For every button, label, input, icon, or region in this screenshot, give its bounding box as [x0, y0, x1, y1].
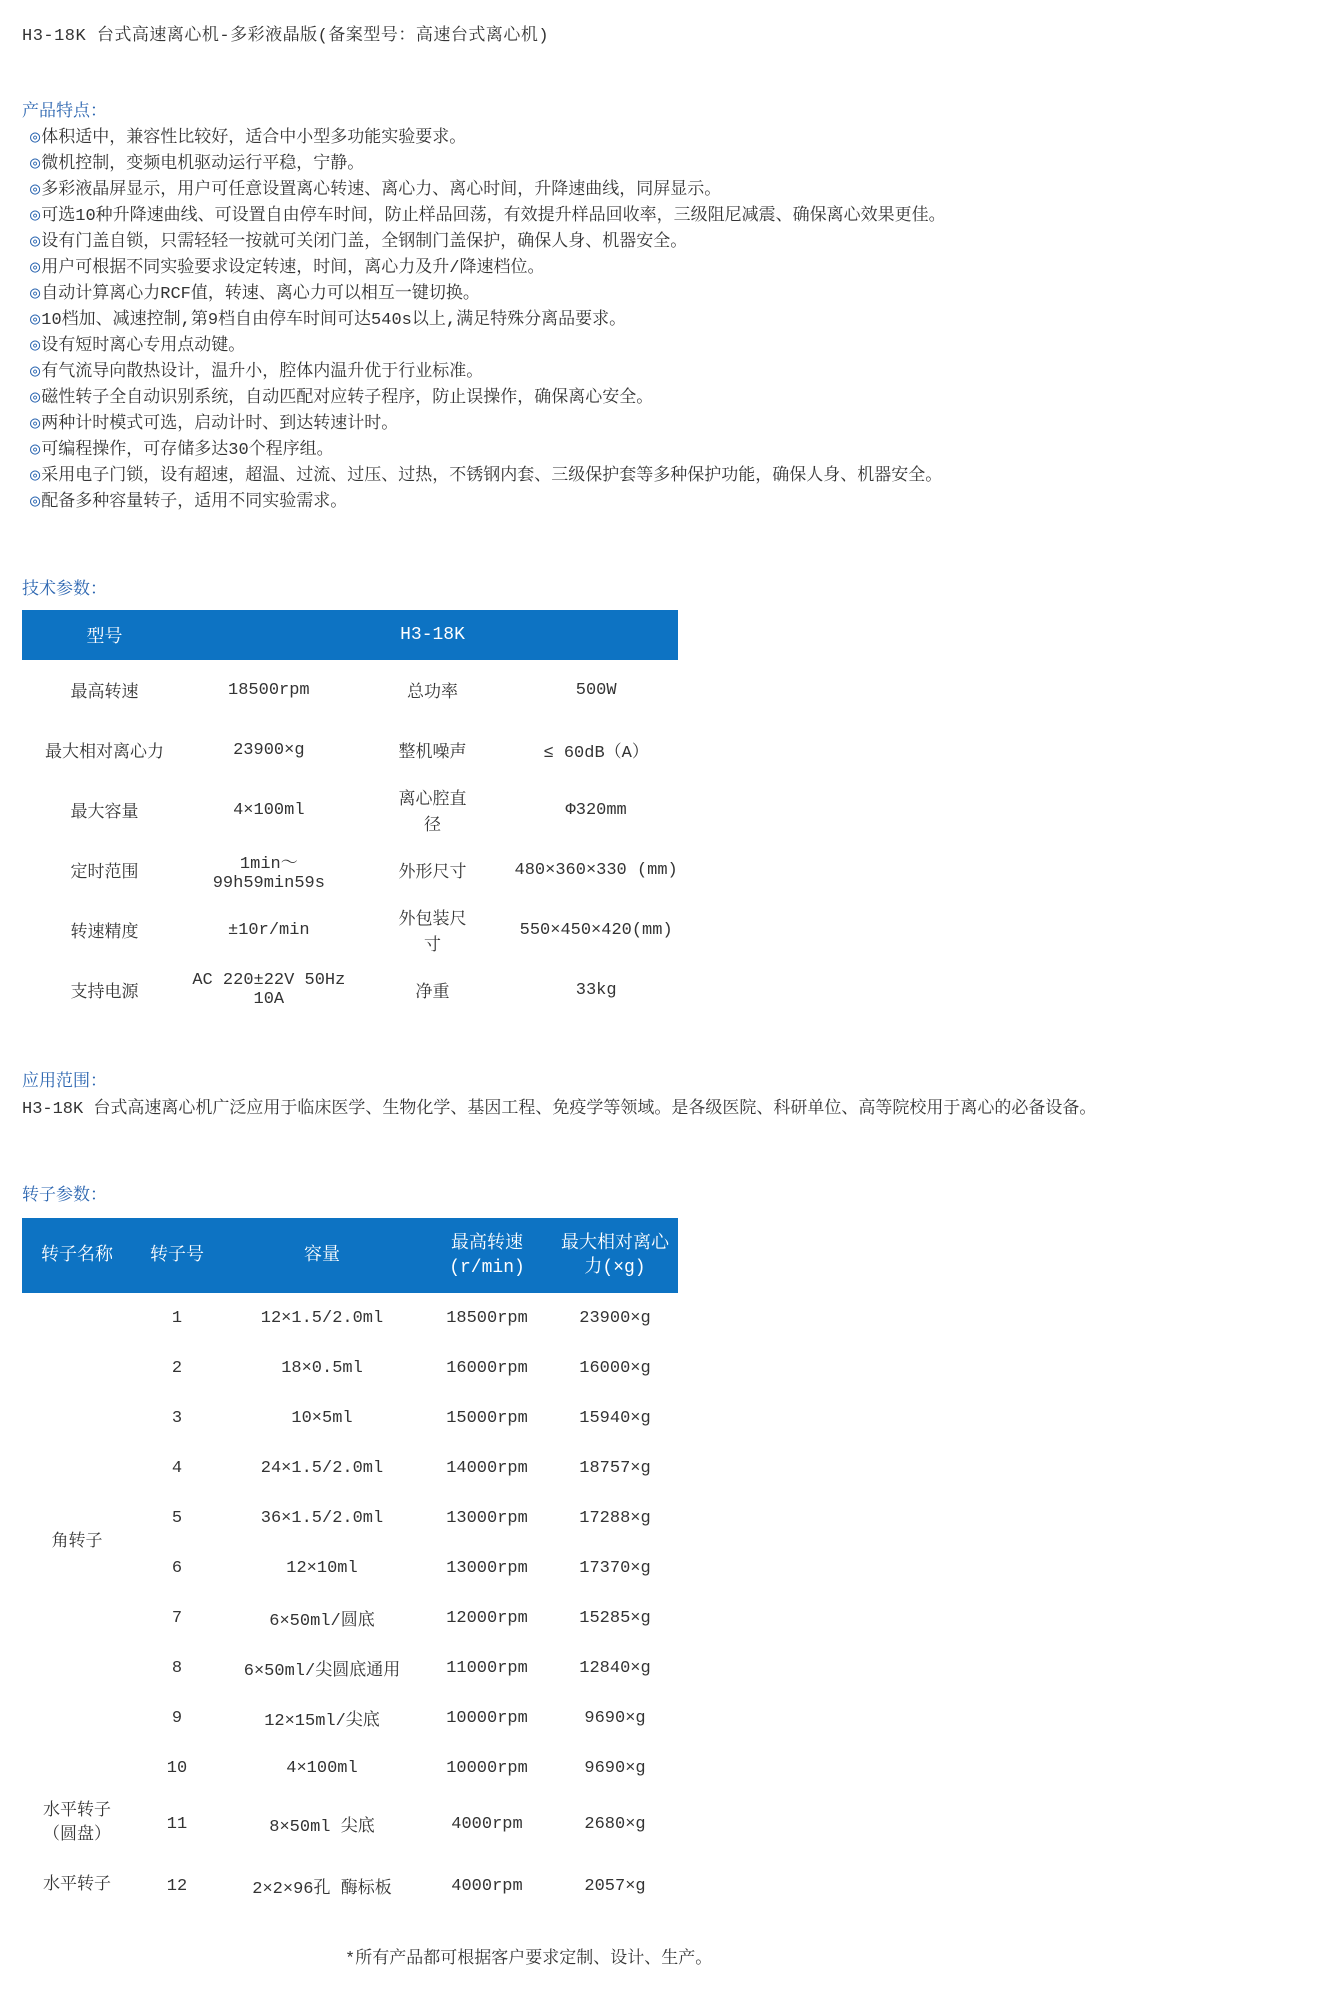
- rotor-specs-table: 转子名称 转子号 容量 最高转速 (r/min) 最大相对离心 力(×g) 角转…: [22, 1218, 678, 1917]
- feature-text: 设有门盖自锁，只需轻轻一按就可关闭门盖，全钢制门盖保护，确保人身、机器安全。: [41, 233, 687, 252]
- tech-table-header-row: 型号 H3-18K: [22, 610, 678, 660]
- spec-value: 480×360×330 (mm): [514, 840, 678, 900]
- rotor-number: 7: [132, 1593, 222, 1643]
- spec-value: ≤ 60dB（A）: [514, 720, 678, 780]
- rotor-group-name: 角转子: [22, 1293, 132, 1793]
- spec-label: 转速精度: [22, 900, 187, 960]
- rotor-max-speed: 4000rpm: [422, 1855, 552, 1917]
- rotor-capacity: 12×10ml: [222, 1543, 422, 1593]
- bullet-icon: ◎: [30, 155, 40, 174]
- feature-item: ◎采用电子门锁，设有超速，超温、过流、过压、过热，不锈钢内套、三级保护套等多种保…: [30, 464, 1320, 490]
- spec-value: Φ320mm: [514, 780, 678, 840]
- feature-text: 可编程操作，可存储多达30个程序组。: [41, 441, 333, 460]
- feature-text: 可选10种升降速曲线、可设置自由停车时间，防止样品回荡，有效提升样品回收率，三级…: [41, 207, 945, 226]
- feature-item: ◎可编程操作，可存储多达30个程序组。: [30, 438, 1320, 464]
- rotor-max-rcf: 17288×g: [552, 1493, 678, 1543]
- rotor-capacity: 4×100ml: [222, 1743, 422, 1793]
- table-row: 转速精度 ±10r/min 外包装尺 寸 550×450×420(mm): [22, 900, 678, 960]
- spec-label: 总功率: [351, 660, 515, 720]
- column-header: 最高转速 (r/min): [422, 1218, 552, 1293]
- rotor-number: 5: [132, 1493, 222, 1543]
- feature-item: ◎10档加、减速控制,第9档自由停车时间可达540s以上,满足特殊分离品要求。: [30, 308, 1320, 334]
- spec-value: 500W: [514, 660, 678, 720]
- bullet-icon: ◎: [30, 493, 40, 512]
- bullet-icon: ◎: [30, 363, 40, 382]
- application-text: H3-18K 台式高速离心机广泛应用于临床医学、生物化学、基因工程、免疫学等领域…: [22, 1096, 1320, 1124]
- spec-value: ±10r/min: [187, 900, 351, 960]
- features-heading: 产品特点：: [22, 96, 1320, 122]
- rotor-capacity: 10×5ml: [222, 1393, 422, 1443]
- spec-value: AC 220±22V 50Hz 10A: [187, 960, 351, 1020]
- rotor-max-speed: 4000rpm: [422, 1793, 552, 1855]
- model-value: H3-18K: [187, 610, 678, 660]
- footnote: *所有产品都可根据客户要求定制、设计、生产。: [345, 1943, 1320, 1969]
- rotor-number: 11: [132, 1793, 222, 1855]
- bullet-icon: ◎: [30, 207, 40, 226]
- rotor-max-rcf: 15940×g: [552, 1393, 678, 1443]
- bullet-icon: ◎: [30, 311, 40, 330]
- spec-label: 净重: [351, 960, 515, 1020]
- table-row: 最高转速 18500rpm 总功率 500W: [22, 660, 678, 720]
- spec-value: 18500rpm: [187, 660, 351, 720]
- feature-item: ◎自动计算离心力RCF值，转速、离心力可以相互一键切换。: [30, 282, 1320, 308]
- bullet-icon: ◎: [30, 233, 40, 252]
- feature-text: 设有短时离心专用点动键。: [41, 337, 245, 356]
- table-row: 角转子 1 12×1.5/2.0ml 18500rpm 23900×g: [22, 1293, 678, 1343]
- spec-label: 最大相对离心力: [22, 720, 187, 780]
- rotor-max-speed: 10000rpm: [422, 1743, 552, 1793]
- rotor-capacity: 18×0.5ml: [222, 1343, 422, 1393]
- rotor-number: 12: [132, 1855, 222, 1917]
- rotor-group-name: 水平转子: [22, 1855, 132, 1917]
- spec-value: 1min～99h59min59s: [187, 840, 351, 900]
- rotor-max-speed: 18500rpm: [422, 1293, 552, 1343]
- rotor-max-rcf: 9690×g: [552, 1743, 678, 1793]
- feature-text: 磁性转子全自动识别系统，自动匹配对应转子程序，防止误操作，确保离心安全。: [41, 389, 653, 408]
- spec-label: 定时范围: [22, 840, 187, 900]
- table-row: 水平转子 12 2×2×96孔 酶标板 4000rpm 2057×g: [22, 1855, 678, 1917]
- feature-text: 采用电子门锁，设有超速，超温、过流、过压、过热，不锈钢内套、三级保护套等多种保护…: [41, 467, 942, 486]
- feature-text: 用户可根据不同实验要求设定转速，时间，离心力及升/降速档位。: [41, 259, 544, 278]
- rotor-max-rcf: 15285×g: [552, 1593, 678, 1643]
- bullet-icon: ◎: [30, 389, 40, 408]
- feature-text: 有气流导向散热设计，温升小，腔体内温升优于行业标准。: [41, 363, 483, 382]
- tech-specs-heading: 技术参数：: [22, 574, 1320, 600]
- spec-label: 整机噪声: [351, 720, 515, 780]
- feature-text: 体积适中，兼容性比较好，适合中小型多功能实验要求。: [41, 129, 466, 148]
- feature-item: ◎磁性转子全自动识别系统，自动匹配对应转子程序，防止误操作，确保离心安全。: [30, 386, 1320, 412]
- spec-value: 33kg: [514, 960, 678, 1020]
- bullet-icon: ◎: [30, 467, 40, 486]
- bullet-icon: ◎: [30, 285, 40, 304]
- rotor-number: 1: [132, 1293, 222, 1343]
- product-spec-page: H3-18K 台式高速离心机-多彩液晶版(备案型号：高速台式离心机) 产品特点：…: [0, 0, 1334, 1999]
- table-row: 最大容量 4×100ml 离心腔直 径 Φ320mm: [22, 780, 678, 840]
- column-header: 容量: [222, 1218, 422, 1293]
- column-header: 转子名称: [22, 1218, 132, 1293]
- rotor-max-rcf: 16000×g: [552, 1343, 678, 1393]
- feature-text: 自动计算离心力RCF值，转速、离心力可以相互一键切换。: [41, 285, 480, 304]
- rotor-capacity: 36×1.5/2.0ml: [222, 1493, 422, 1543]
- rotor-max-rcf: 12840×g: [552, 1643, 678, 1693]
- rotor-max-rcf: 2680×g: [552, 1793, 678, 1855]
- rotor-specs-heading: 转子参数：: [22, 1180, 1320, 1206]
- feature-item: ◎用户可根据不同实验要求设定转速，时间，离心力及升/降速档位。: [30, 256, 1320, 282]
- table-row: 最大相对离心力 23900×g 整机噪声 ≤ 60dB（A）: [22, 720, 678, 780]
- spec-label: 支持电源: [22, 960, 187, 1020]
- spec-label: 最大容量: [22, 780, 187, 840]
- feature-item: ◎多彩液晶屏显示，用户可任意设置离心转速、离心力、离心时间，升降速曲线，同屏显示…: [30, 178, 1320, 204]
- rotor-max-speed: 15000rpm: [422, 1393, 552, 1443]
- feature-item: ◎微机控制，变频电机驱动运行平稳，宁静。: [30, 152, 1320, 178]
- rotor-number: 9: [132, 1693, 222, 1743]
- spec-value: 23900×g: [187, 720, 351, 780]
- feature-text: 微机控制，变频电机驱动运行平稳，宁静。: [41, 155, 364, 174]
- rotor-group-name: 水平转子 （圆盘）: [22, 1793, 132, 1855]
- spec-value: 4×100ml: [187, 780, 351, 840]
- rotor-number: 10: [132, 1743, 222, 1793]
- rotor-max-rcf: 2057×g: [552, 1855, 678, 1917]
- rotor-max-rcf: 23900×g: [552, 1293, 678, 1343]
- feature-item: ◎体积适中，兼容性比较好，适合中小型多功能实验要求。: [30, 126, 1320, 152]
- rotor-capacity: 12×15ml/尖底: [222, 1693, 422, 1743]
- bullet-icon: ◎: [30, 181, 40, 200]
- application-section: 应用范围： H3-18K 台式高速离心机广泛应用于临床医学、生物化学、基因工程、…: [22, 1066, 1320, 1124]
- feature-item: ◎设有门盖自锁，只需轻轻一按就可关闭门盖，全钢制门盖保护，确保人身、机器安全。: [30, 230, 1320, 256]
- spec-label: 外形尺寸: [351, 840, 515, 900]
- rotor-specs-section: 转子参数： 转子名称 转子号 容量 最高转速 (r/min) 最大相对离心 力(…: [22, 1180, 1320, 1917]
- rotor-capacity: 6×50ml/圆底: [222, 1593, 422, 1643]
- bullet-icon: ◎: [30, 259, 40, 278]
- rotor-max-speed: 16000rpm: [422, 1343, 552, 1393]
- feature-text: 配备多种容量转子，适用不同实验需求。: [41, 493, 347, 512]
- feature-text: 10档加、减速控制,第9档自由停车时间可达540s以上,满足特殊分离品要求。: [41, 311, 626, 330]
- rotor-max-rcf: 17370×g: [552, 1543, 678, 1593]
- table-row: 水平转子 （圆盘） 11 8×50ml 尖底 4000rpm 2680×g: [22, 1793, 678, 1855]
- feature-text: 两种计时模式可选，启动计时、到达转速计时。: [41, 415, 398, 434]
- model-label: 型号: [22, 610, 187, 660]
- bullet-icon: ◎: [30, 129, 40, 148]
- spec-label: 离心腔直 径: [351, 780, 515, 840]
- rotor-capacity: 24×1.5/2.0ml: [222, 1443, 422, 1493]
- feature-list: ◎体积适中，兼容性比较好，适合中小型多功能实验要求。 ◎微机控制，变频电机驱动运…: [22, 126, 1320, 516]
- feature-item: ◎有气流导向散热设计，温升小，腔体内温升优于行业标准。: [30, 360, 1320, 386]
- rotor-max-speed: 13000rpm: [422, 1493, 552, 1543]
- rotor-number: 6: [132, 1543, 222, 1593]
- rotor-number: 8: [132, 1643, 222, 1693]
- rotor-number: 4: [132, 1443, 222, 1493]
- table-row: 支持电源 AC 220±22V 50Hz 10A 净重 33kg: [22, 960, 678, 1020]
- bullet-icon: ◎: [30, 337, 40, 356]
- features-section: 产品特点： ◎体积适中，兼容性比较好，适合中小型多功能实验要求。 ◎微机控制，变…: [22, 96, 1320, 516]
- application-heading: 应用范围：: [22, 1066, 1320, 1092]
- tech-specs-table: 型号 H3-18K 最高转速 18500rpm 总功率 500W 最大相对离心力…: [22, 610, 678, 1020]
- feature-item: ◎两种计时模式可选，启动计时、到达转速计时。: [30, 412, 1320, 438]
- rotor-number: 3: [132, 1393, 222, 1443]
- rotor-max-rcf: 18757×g: [552, 1443, 678, 1493]
- spec-label: 最高转速: [22, 660, 187, 720]
- rotor-capacity: 12×1.5/2.0ml: [222, 1293, 422, 1343]
- rotor-max-speed: 13000rpm: [422, 1543, 552, 1593]
- rotor-capacity: 2×2×96孔 酶标板: [222, 1855, 422, 1917]
- spec-value: 550×450×420(mm): [514, 900, 678, 960]
- rotor-max-speed: 10000rpm: [422, 1693, 552, 1743]
- feature-item: ◎配备多种容量转子，适用不同实验需求。: [30, 490, 1320, 516]
- feature-item: ◎设有短时离心专用点动键。: [30, 334, 1320, 360]
- rotor-capacity: 8×50ml 尖底: [222, 1793, 422, 1855]
- column-header: 转子号: [132, 1218, 222, 1293]
- spec-label: 外包装尺 寸: [351, 900, 515, 960]
- bullet-icon: ◎: [30, 415, 40, 434]
- tech-specs-section: 技术参数： 型号 H3-18K 最高转速 18500rpm 总功率 500W 最…: [22, 574, 1320, 1020]
- rotor-capacity: 6×50ml/尖圆底通用: [222, 1643, 422, 1693]
- rotor-max-speed: 12000rpm: [422, 1593, 552, 1643]
- column-header: 最大相对离心 力(×g): [552, 1218, 678, 1293]
- rotor-number: 2: [132, 1343, 222, 1393]
- page-title: H3-18K 台式高速离心机-多彩液晶版(备案型号：高速台式离心机): [22, 20, 1320, 46]
- rotor-max-speed: 11000rpm: [422, 1643, 552, 1693]
- rotor-max-speed: 14000rpm: [422, 1443, 552, 1493]
- feature-item: ◎可选10种升降速曲线、可设置自由停车时间，防止样品回荡，有效提升样品回收率，三…: [30, 204, 1320, 230]
- bullet-icon: ◎: [30, 441, 40, 460]
- rotor-max-rcf: 9690×g: [552, 1693, 678, 1743]
- table-row: 定时范围 1min～99h59min59s 外形尺寸 480×360×330 (…: [22, 840, 678, 900]
- rotor-table-header-row: 转子名称 转子号 容量 最高转速 (r/min) 最大相对离心 力(×g): [22, 1218, 678, 1293]
- feature-text: 多彩液晶屏显示，用户可任意设置离心转速、离心力、离心时间，升降速曲线，同屏显示。: [41, 181, 721, 200]
